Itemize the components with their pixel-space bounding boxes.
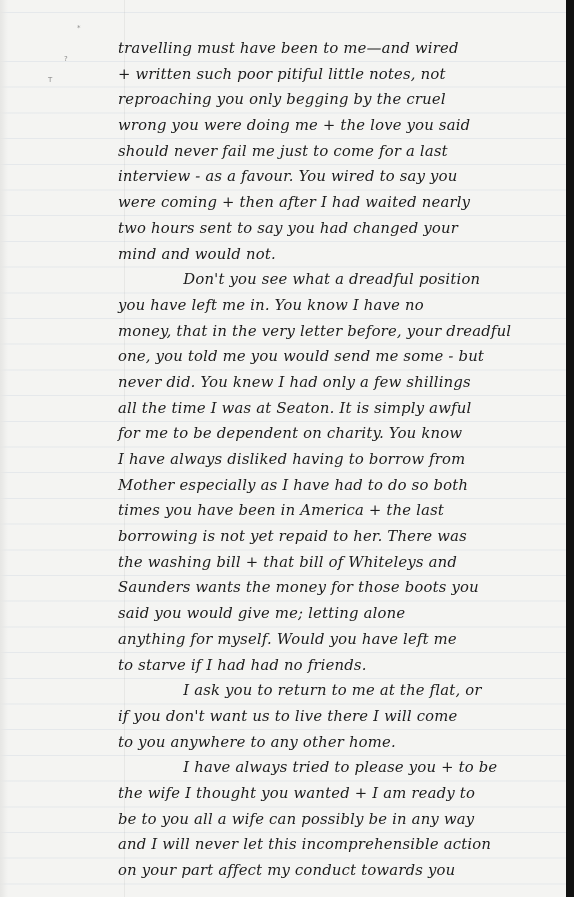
text-line: on your part affect my conduct towards y… — [118, 859, 566, 885]
text-line: should never fail me just to come for a … — [118, 140, 566, 166]
text-line: be to you all a wife can possibly be in … — [118, 808, 566, 834]
text-line: were coming + then after I had waited ne… — [118, 191, 566, 217]
text-line: the wife I thought you wanted + I am rea… — [118, 782, 566, 808]
handwritten-text-body: travelling must have been to me—and wire… — [118, 37, 558, 885]
text-line: if you don't want us to live there I wil… — [118, 705, 566, 731]
text-line: the washing bill + that bill of Whiteley… — [118, 551, 566, 577]
text-line: all the time I was at Seaton. It is simp… — [118, 397, 566, 423]
text-line: reproaching you only begging by the crue… — [118, 88, 566, 114]
text-line: I ask you to return to me at the flat, o… — [118, 679, 566, 705]
text-line: interview - as a favour. You wired to sa… — [118, 165, 566, 191]
paper-left-edge — [0, 0, 8, 897]
text-line: + written such poor pitiful little notes… — [118, 63, 566, 89]
text-line: you have left me in. You know I have no — [118, 294, 566, 320]
text-line: Saunders wants the money for those boots… — [118, 576, 566, 602]
text-line: anything for myself. Would you have left… — [118, 628, 566, 654]
text-line: mind and would not. — [118, 243, 566, 269]
text-line: for me to be dependent on charity. You k… — [118, 422, 566, 448]
text-line: one, you told me you would send me some … — [118, 345, 566, 371]
text-line: Mother especially as I have had to do so… — [118, 474, 566, 500]
text-line: to you anywhere to any other home. — [118, 731, 566, 757]
text-line: Don't you see what a dreadful position — [118, 268, 566, 294]
text-line: money, that in the very letter before, y… — [118, 320, 566, 346]
text-line: said you would give me; letting alone — [118, 602, 566, 628]
letter-page: * ? T travelling must have been to me—an… — [0, 0, 566, 897]
margin-mark: * — [77, 24, 81, 32]
text-line: I have always tried to please you + to b… — [118, 756, 566, 782]
margin-mark: T — [48, 76, 52, 84]
text-line: times you have been in America + the las… — [118, 499, 566, 525]
text-line: wrong you were doing me + the love you s… — [118, 114, 566, 140]
text-line: travelling must have been to me—and wire… — [118, 37, 566, 63]
text-line: never did. You knew I had only a few shi… — [118, 371, 566, 397]
margin-mark: ? — [64, 55, 68, 63]
text-line: I have always disliked having to borrow … — [118, 448, 566, 474]
scan-border — [566, 0, 574, 897]
text-line: and I will never let this incomprehensib… — [118, 833, 566, 859]
text-line: borrowing is not yet repaid to her. Ther… — [118, 525, 566, 551]
text-line: to starve if I had had no friends. — [118, 654, 566, 680]
text-line: two hours sent to say you had changed yo… — [118, 217, 566, 243]
